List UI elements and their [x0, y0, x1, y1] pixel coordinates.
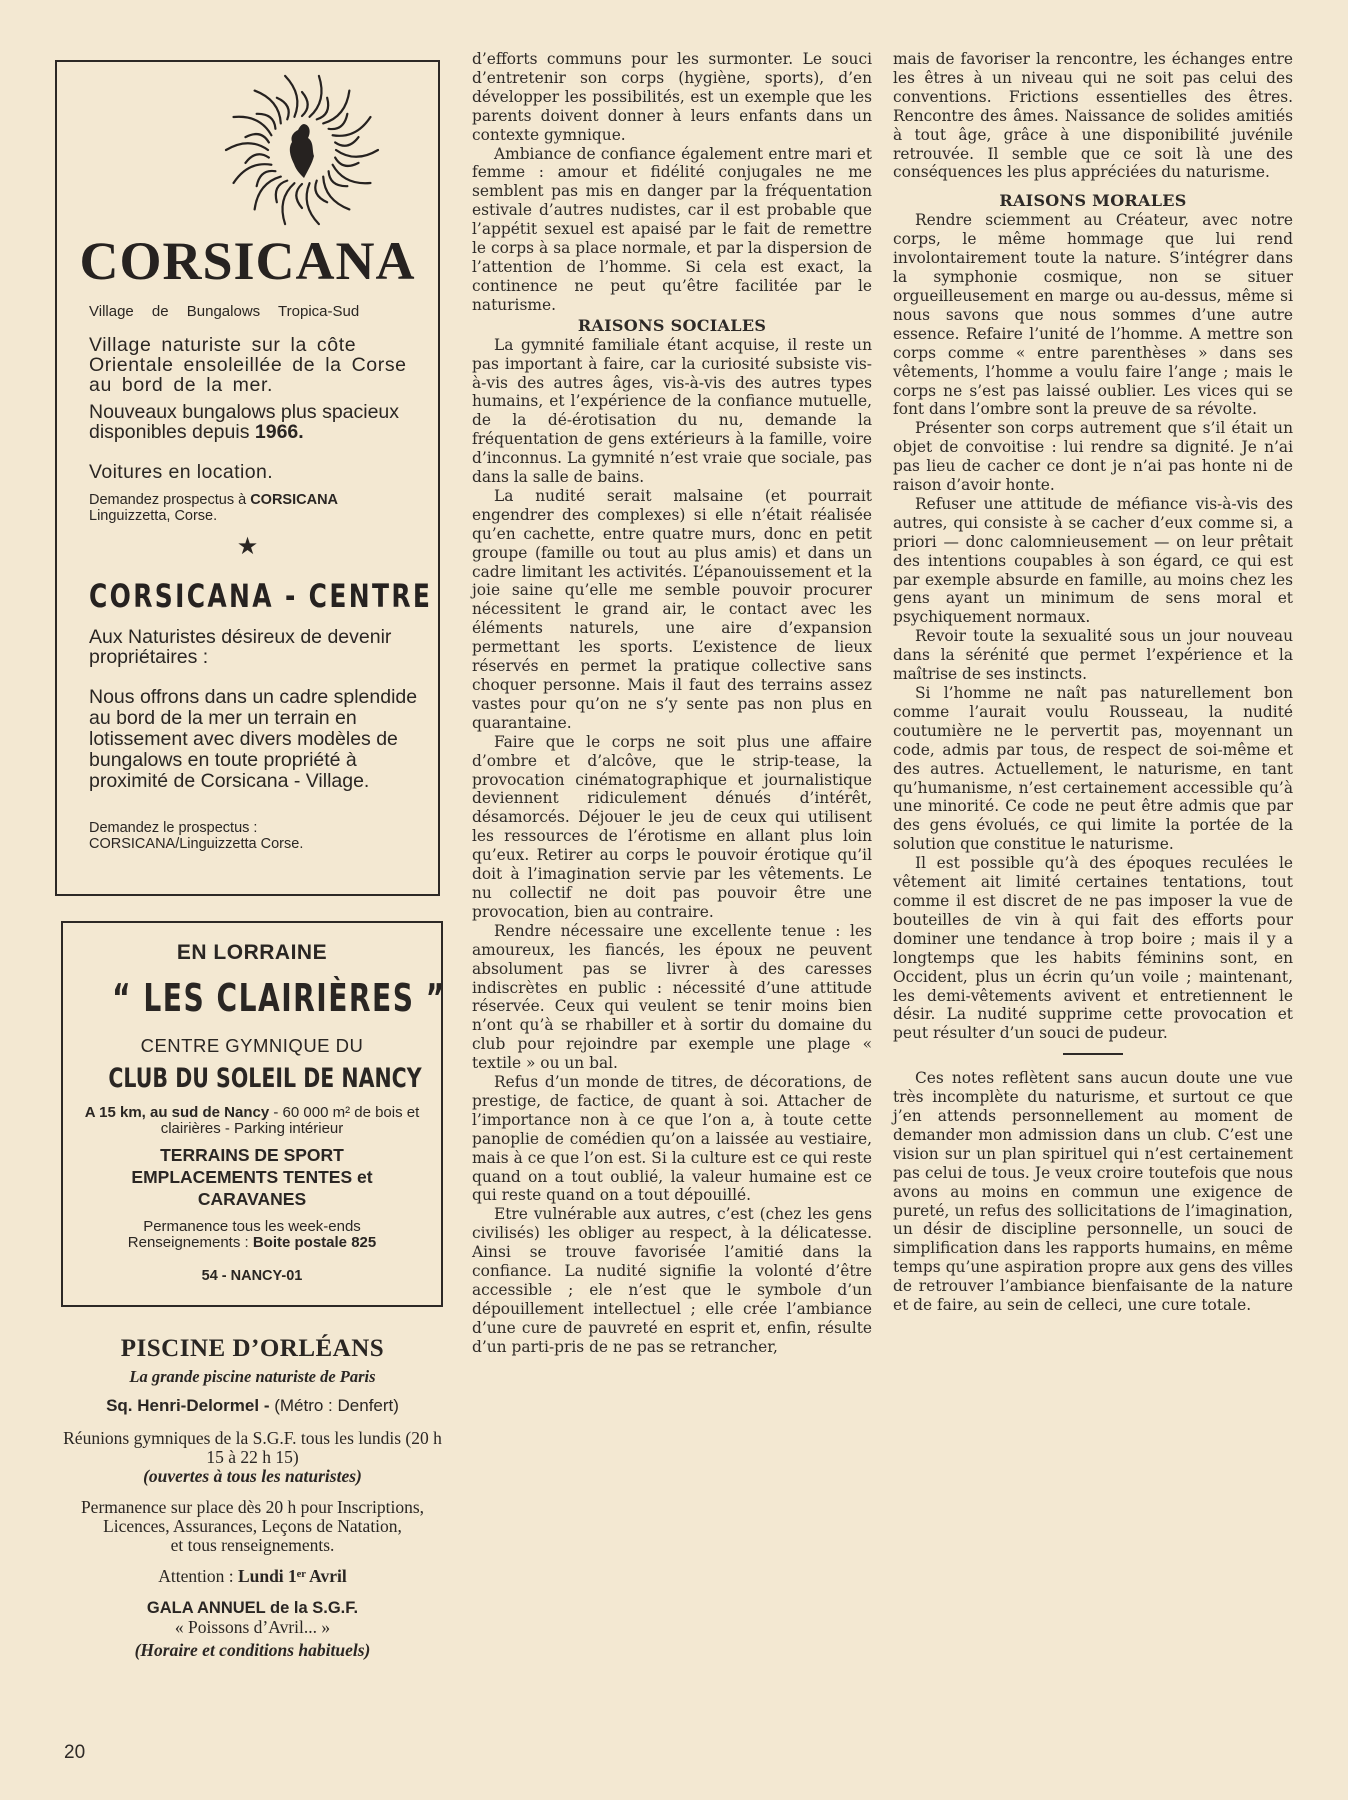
article-paragraph: Revoir toute la sexualité sous un jour n… — [893, 627, 1293, 684]
page-number: 20 — [64, 1742, 85, 1764]
article-paragraph: Faire que le corps ne soit plus une affa… — [472, 733, 872, 922]
region-label: EN LORRAINE — [63, 941, 441, 965]
club-site-name: “ LES CLAIRIÈRES ” — [112, 976, 392, 1020]
spacer — [893, 182, 1293, 190]
corsicana-description: Village naturiste sur la côte Orientale … — [89, 335, 418, 395]
corsicana-centre-title: CORSICANA - CENTRE — [89, 577, 346, 615]
article-paragraph: Refus d’un monde de titres, de décoratio… — [472, 1073, 872, 1205]
sun-with-corsica-map-icon — [222, 70, 382, 230]
piscine-gala-note: (Horaire et conditions habituels) — [55, 1641, 450, 1660]
piscine-title: PISCINE D’ORLÉANS — [55, 1335, 450, 1363]
article-paragraph: Si l’homme ne naît pas naturellement bon… — [893, 684, 1293, 854]
club-postal-code: 54 - NANCY-01 — [63, 1268, 441, 1284]
article-paragraph: Etre vulnérable aux autres, c’est (chez … — [472, 1205, 872, 1356]
piscine-orleans-advertisement: PISCINE D’ORLÉANS La grande piscine natu… — [55, 1335, 450, 1672]
piscine-gala: GALA ANNUEL de la S.G.F. — [55, 1598, 450, 1618]
section-heading: RAISONS SOCIALES — [472, 315, 872, 336]
centre-audience: Aux Naturistes désireux de devenir propr… — [89, 627, 418, 667]
section-divider — [1063, 1053, 1123, 1055]
centre-offer: Nous offrons dans un cadre splendide au … — [89, 687, 418, 792]
piscine-meetings: Réunions gymniques de la S.G.F. tous les… — [55, 1429, 450, 1486]
corsicana-contact: Demandez prospectus à CORSICANA Linguizz… — [89, 492, 418, 524]
piscine-attention: Attention : Lundi 1ᵉʳ Avril — [55, 1567, 450, 1586]
section-heading: RAISONS MORALES — [893, 190, 1293, 211]
article-column-middle: d’efforts communs pour les surmonter. Le… — [472, 50, 872, 1357]
article-column-right: mais de favoriser la rencontre, les écha… — [893, 50, 1293, 1315]
article-paragraph: La gymnité familiale étant acquise, il r… — [472, 336, 872, 487]
club-contact: Permanence tous les week-ends Renseignem… — [63, 1219, 441, 1251]
article-paragraph: Rendre sciemment au Créateur, avec notre… — [893, 211, 1293, 419]
article-paragraph: Présenter son corps autrement que s’il é… — [893, 419, 1293, 495]
les-clairieres-advertisement: EN LORRAINE “ LES CLAIRIÈRES ” CENTRE GY… — [61, 921, 443, 1307]
piscine-gala-name: « Poissons d’Avril... » — [55, 1618, 450, 1637]
corsicana-subtitle: Village de Bungalows Tropica-Sud — [89, 303, 418, 320]
piscine-address: Sq. Henri-Delormel - (Métro : Denfert) — [55, 1396, 450, 1416]
corsicana-car-rental: Voitures en location. — [89, 462, 418, 482]
corsicana-title: CORSICANA — [57, 230, 438, 292]
centre-contact: Demandez le prospectus : CORSICANA/Lingu… — [89, 820, 418, 852]
club-name: CLUB DU SOLEIL DE NANCY — [108, 1063, 395, 1094]
article-paragraph: d’efforts communs pour les surmonter. Le… — [472, 50, 872, 145]
article-paragraph: Ces notes reflètent sans aucun doute une… — [893, 1069, 1293, 1315]
article-paragraph: Refuser une attitude de méfiance vis-à-v… — [893, 495, 1293, 627]
piscine-subtitle: La grande piscine naturiste de Paris — [55, 1367, 450, 1387]
article-paragraph: Rendre nécessaire une excellente tenue :… — [472, 922, 872, 1073]
club-location: A 15 km, au sud de Nancy - 60 000 m² de … — [73, 1105, 431, 1137]
article-paragraph: Il est possible qu’à des époques reculée… — [893, 854, 1293, 1043]
star-icon: ★ — [57, 532, 438, 561]
magazine-page: CORSICANA Village de Bungalows Tropica-S… — [0, 0, 1348, 1800]
club-facilities: TERRAINS DE SPORT EMPLACEMENTS TENTES et… — [63, 1144, 441, 1210]
article-paragraph: mais de favoriser la rencontre, les écha… — [893, 50, 1293, 182]
corsicana-bungalows: Nouveaux bungalows plus spacieux disponi… — [89, 402, 418, 442]
centre-label: CENTRE GYMNIQUE DU — [63, 1035, 441, 1057]
article-paragraph: Ambiance de confiance également entre ma… — [472, 145, 872, 315]
corsicana-advertisement: CORSICANA Village de Bungalows Tropica-S… — [55, 60, 440, 896]
piscine-permanence: Permanence sur place dès 20 h pour Inscr… — [55, 1498, 450, 1555]
article-paragraph: La nudité serait malsaine (et pourrait e… — [472, 487, 872, 733]
